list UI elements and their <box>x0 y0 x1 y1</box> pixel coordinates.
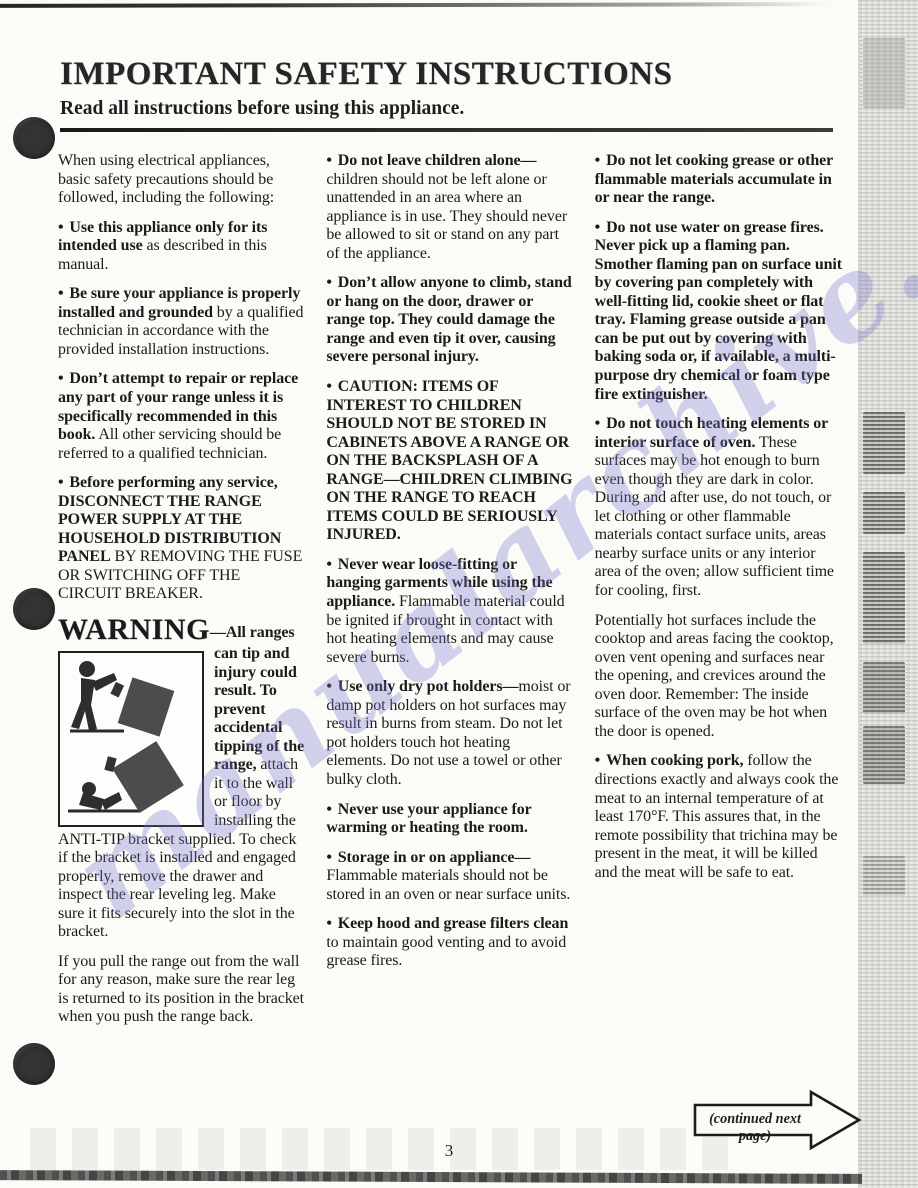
safety-bullet-item: • Do not touch heating elements or inter… <box>595 415 842 600</box>
bleed-blotch <box>863 412 905 474</box>
safety-bullet-item: • Do not let cooking grease or other fla… <box>595 152 842 208</box>
safety-bullet-item: • Use this appliance only for its intend… <box>58 219 305 275</box>
scan-bleed-strip <box>858 0 918 1188</box>
range-tipping-pictogram <box>60 653 202 825</box>
page-subtitle: Read all instructions before using this … <box>60 98 842 120</box>
bullet-icon: • <box>326 556 335 573</box>
binding-hole <box>13 1043 55 1085</box>
bullet-icon: • <box>326 378 335 395</box>
bullet-icon: • <box>326 678 335 695</box>
scan-edge-bottom <box>0 1170 862 1184</box>
bleed-blotch <box>863 38 905 108</box>
warning-heading: WARNING <box>58 615 210 646</box>
text-segment: Storage in or on appliance— <box>338 849 531 866</box>
bullet-icon: • <box>595 415 604 432</box>
safety-bullet-item: • Do not leave children alone—children s… <box>326 152 573 263</box>
bullet-icon: • <box>58 474 67 491</box>
text-segment: Flammable materials should not be stored… <box>326 867 570 903</box>
bullet-icon: • <box>326 849 335 866</box>
safety-bullet-item: • Use only dry pot holders—moist or damp… <box>326 678 573 789</box>
text-segment: children should not be left alone or una… <box>326 171 567 262</box>
safety-bullet-item: • Do not use water on grease fires. Neve… <box>595 219 842 404</box>
text-segment: to maintain good venting and to avoid gr… <box>326 934 566 970</box>
binding-hole <box>13 588 55 630</box>
text-segment: Do not let cooking grease or other flamm… <box>595 152 833 206</box>
column-2: • Do not leave children alone—children s… <box>326 152 573 1038</box>
text-segment: CAUTION: ITEMS OF INTEREST TO CHILDREN S… <box>326 378 572 543</box>
safety-instructions-columns: When using electrical appliances, basic … <box>58 152 842 1038</box>
text-segment: can tip and injury could result. To prev… <box>214 645 304 773</box>
binding-hole <box>13 117 55 159</box>
bleed-blotch <box>863 552 905 644</box>
text-segment: When cooking pork, <box>606 752 743 769</box>
tip-warning-illustration <box>58 651 204 827</box>
safety-bullet-item: • Don’t attempt to repair or replace any… <box>58 370 305 463</box>
warning-section: WARNING—All ranges can tip and injury co… <box>58 615 305 942</box>
page-header: IMPORTANT SAFETY INSTRUCTIONS Read all i… <box>60 56 842 132</box>
bleed-blotch <box>863 492 905 534</box>
body-paragraph: If you pull the range out from the wall … <box>58 953 305 1027</box>
text-segment: Never use your appliance for warming or … <box>326 801 531 837</box>
bullet-icon: • <box>326 152 335 169</box>
manual-page: IMPORTANT SAFETY INSTRUCTIONS Read all i… <box>0 0 918 1188</box>
bullet-icon: • <box>58 285 67 302</box>
text-segment: Keep hood and grease filters clean <box>338 915 569 932</box>
bullet-icon: • <box>595 219 604 236</box>
bleed-blotch <box>863 726 905 784</box>
text-segment: Do not leave children alone— <box>338 152 537 169</box>
safety-bullet-item: • Never use your appliance for warming o… <box>326 801 573 838</box>
text-segment: Use only dry pot holders— <box>338 678 519 695</box>
page-number: 3 <box>58 1141 840 1161</box>
text-segment: If you pull the range out from the wall … <box>58 953 304 1026</box>
body-paragraph: Potentially hot surfaces include the coo… <box>595 612 842 742</box>
bullet-icon: • <box>58 219 67 236</box>
body-paragraph: When using electrical appliances, basic … <box>58 152 305 208</box>
text-segment: These surfaces may be hot enough to burn… <box>595 434 834 599</box>
header-rule <box>60 128 833 132</box>
column-3: • Do not let cooking grease or other fla… <box>595 152 842 1038</box>
scan-edge-top <box>0 2 858 8</box>
bullet-icon: • <box>326 801 335 818</box>
text-segment: Do not use water on grease fires. Never … <box>595 219 842 403</box>
text-segment: Potentially hot surfaces include the coo… <box>595 612 834 740</box>
bullet-icon: • <box>595 752 604 769</box>
safety-bullet-item: • Never wear loose-fitting or hanging ga… <box>326 556 573 667</box>
text-segment: follow the directions exactly and always… <box>595 752 839 880</box>
column-1: When using electrical appliances, basic … <box>58 152 305 1038</box>
safety-bullet-item: • CAUTION: ITEMS OF INTEREST TO CHILDREN… <box>326 378 573 545</box>
text-segment: When using electrical appliances, basic … <box>58 152 274 206</box>
bullet-icon: • <box>58 370 67 387</box>
safety-bullet-item: • Before performing any service, DISCONN… <box>58 474 305 604</box>
bullet-icon: • <box>326 915 335 932</box>
safety-bullet-item: • Don’t allow anyone to climb, stand or … <box>326 274 573 367</box>
bleed-blotch <box>863 856 905 896</box>
safety-bullet-item: • Storage in or on appliance—Flammable m… <box>326 849 573 905</box>
page-title: IMPORTANT SAFETY INSTRUCTIONS <box>60 56 842 93</box>
bullet-icon: • <box>595 152 604 169</box>
safety-bullet-item: • When cooking pork, follow the directio… <box>595 752 842 882</box>
text-segment: Don’t allow anyone to climb, stand or ha… <box>326 274 571 365</box>
safety-bullet-item: • Keep hood and grease filters clean to … <box>326 915 573 971</box>
bullet-icon: • <box>326 274 335 291</box>
text-segment: —All ranges <box>210 624 295 641</box>
bleed-blotch <box>863 662 905 714</box>
safety-bullet-item: • Be sure your appliance is properly ins… <box>58 285 305 359</box>
continued-label: (continued next page) <box>700 1111 810 1145</box>
